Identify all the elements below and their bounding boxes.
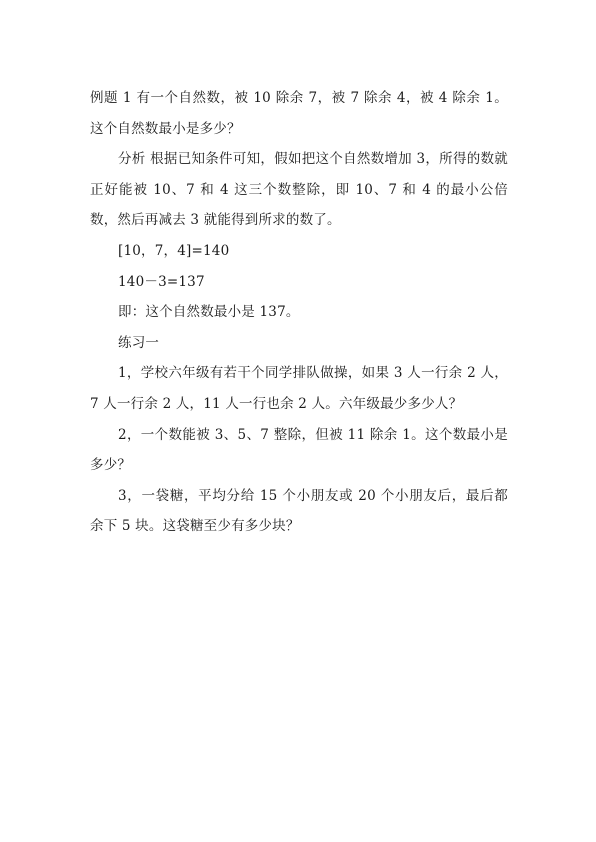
exercise-heading: 练习一 (90, 328, 508, 359)
step-lcm: [10，7，4]=140 (90, 236, 508, 267)
analysis-text: 根据已知条件可知，假如把这个自然数增加 3，所得的数就正好能被 10、7 和 4… (90, 151, 508, 228)
step-subtract: 140－3=137 (90, 267, 508, 298)
example-paragraph: 例题 1 有一个自然数，被 10 除余 7，被 7 除余 4，被 4 除余 1。… (90, 83, 508, 144)
exercise-item-3: 3，一袋糖，平均分给 15 个小朋友或 20 个小朋友后，最后都余下 5 块。这… (90, 481, 508, 542)
example-title: 例题 1 (90, 90, 132, 106)
analysis-paragraph: 分析 根据已知条件可知，假如把这个自然数增加 3，所得的数就正好能被 10、7 … (90, 144, 508, 236)
document-page: 例题 1 有一个自然数，被 10 除余 7，被 7 除余 4，被 4 除余 1。… (90, 83, 508, 542)
exercise-item-1: 1，学校六年级有若干个同学排队做操，如果 3 人一行余 2 人，7 人一行余 2… (90, 358, 508, 419)
step-answer: 即：这个自然数最小是 137。 (90, 297, 508, 328)
exercise-item-2: 2，一个数能被 3、5、7 整除，但被 11 除余 1。这个数最小是多少？ (90, 420, 508, 481)
analysis-label: 分析 (118, 151, 146, 167)
example-question: 有一个自然数，被 10 除余 7，被 7 除余 4，被 4 除余 1。这个自然数… (90, 90, 508, 137)
